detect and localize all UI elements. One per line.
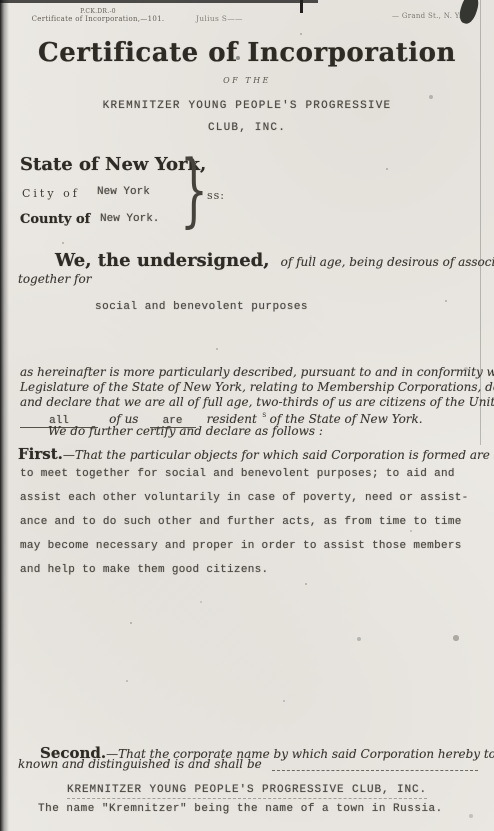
document-page: P.CK.DR.-0 Certificate of Incorporation,… bbox=[0, 0, 494, 831]
venue-county-value: New York. bbox=[100, 213, 159, 225]
venue-ss: ss: bbox=[207, 189, 225, 202]
organization-name-line2: CLUB, INC. bbox=[0, 122, 494, 134]
typed-line: ance and to do such other and further ac… bbox=[20, 510, 469, 534]
resident-superscript-s: s bbox=[262, 411, 267, 420]
scan-tick-mark bbox=[300, 0, 303, 13]
first-intro: —That the particular objects for which s… bbox=[63, 448, 494, 462]
first-clause-heading: First.—That the particular objects for w… bbox=[18, 444, 494, 463]
body-line2: Legislature of the State of New York, re… bbox=[20, 380, 494, 394]
document-title: Certificate of Incorporation bbox=[0, 38, 494, 68]
body-line1: as hereinafter is more particularly desc… bbox=[20, 365, 494, 379]
venue-brace: } bbox=[180, 152, 208, 228]
title-subtitle: OF THE bbox=[0, 76, 494, 85]
typed-line: assist each other voluntarily in case of… bbox=[20, 486, 469, 510]
further-certify-line: We do further certify and declare as fol… bbox=[48, 424, 323, 438]
organization-name-line1: KREMNITZER YOUNG PEOPLE'S PROGRESSIVE bbox=[0, 100, 494, 112]
preamble-line1: We, the undersigned, of full age, being … bbox=[55, 250, 494, 271]
venue-city-label: City of bbox=[22, 187, 80, 200]
corporate-name-row: KREMNITZER YOUNG PEOPLE'S PROGRESSIVE CL… bbox=[20, 777, 474, 796]
venue-county-label: County of bbox=[20, 212, 90, 227]
typed-line: to meet together for social and benevole… bbox=[20, 462, 469, 486]
second-intro2: known and distinguished is and shall be bbox=[18, 757, 262, 771]
venue-state: State of New York, bbox=[20, 154, 206, 175]
preamble-line2: together for bbox=[18, 272, 91, 286]
purpose-typed: social and benevolent purposes bbox=[95, 301, 308, 313]
blank-fill-line bbox=[272, 757, 478, 771]
stamp-line1: P.CK.DR.-0 bbox=[18, 8, 178, 15]
stamp-line2: Certificate of Incorporation,—101. bbox=[18, 15, 178, 23]
second-clause-line2: known and distinguished is and shall be bbox=[18, 757, 478, 771]
typed-line: and help to make them good citizens. bbox=[20, 558, 469, 582]
preamble-italic1: of full age, being desirous of associati… bbox=[281, 255, 494, 269]
printer-address: — Grand St., N. Y. bbox=[392, 12, 461, 20]
first-clause-typed-paragraph: to meet together for social and benevole… bbox=[20, 462, 469, 582]
paper-specks bbox=[0, 0, 2, 2]
name-origin-note: The name "Kremnitzer" being the name of … bbox=[38, 803, 443, 815]
printer-stamp: P.CK.DR.-0 Certificate of Incorporation,… bbox=[18, 8, 178, 23]
corporate-name-typed: KREMNITZER YOUNG PEOPLE'S PROGRESSIVE CL… bbox=[67, 784, 427, 799]
typed-line: may become necessary and proper in order… bbox=[20, 534, 469, 558]
body-line3: and declare that we are all of full age,… bbox=[20, 395, 494, 409]
venue-city-value: New York bbox=[97, 186, 150, 198]
first-label: First. bbox=[18, 445, 63, 463]
preamble-we: We, the undersigned, bbox=[55, 250, 270, 271]
printer-name: Julius S—— bbox=[196, 14, 243, 23]
scan-edge-top bbox=[0, 0, 318, 3]
